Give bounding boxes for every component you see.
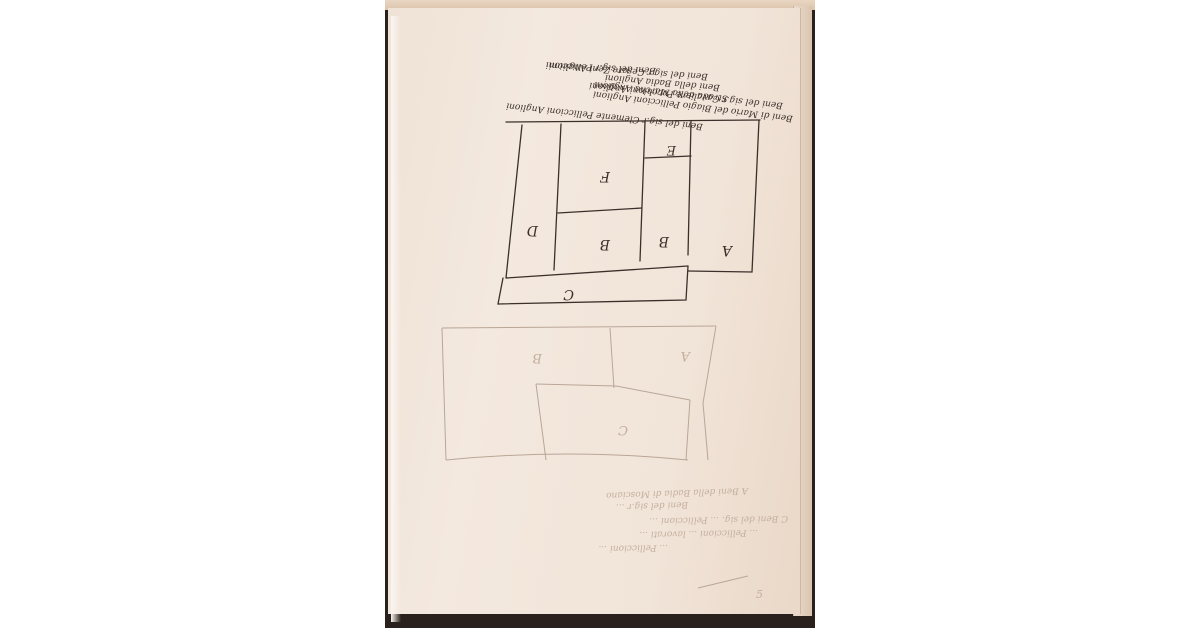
manuscript-page: Beni del sig.r Pelliccioni Beni del sig.…	[388, 8, 801, 614]
footer-line-1: A Beni della Badia di Mosciano	[605, 485, 749, 500]
plot-label-b2: B	[659, 233, 670, 249]
pencil-sketch: B A C	[442, 326, 716, 460]
plot-plan: F E D B B A C	[498, 120, 760, 304]
page-drawing: Beni del sig.r Pelliccioni Beni del sig.…	[388, 8, 800, 614]
plot-label-e: E	[666, 142, 677, 157]
manuscript-scan: Beni del sig.r Pelliccioni Beni del sig.…	[385, 0, 815, 628]
plot-label-b1: B	[600, 236, 611, 252]
sketch-label-b: B	[532, 350, 543, 365]
plot-label-c: C	[563, 286, 574, 302]
footer-notes: A Beni della Badia di Mosciano Beni del …	[598, 485, 788, 601]
sketch-label-c: C	[618, 422, 628, 437]
plot-label-f: F	[599, 168, 611, 184]
plot-label-a: A	[722, 242, 734, 258]
footer-line-3: C Beni del sig. ... Pelliccioni ...	[649, 513, 788, 525]
plot-label-d: D	[527, 222, 539, 238]
folio-number: 5	[756, 588, 763, 601]
footer-line-2: Beni del sig.r ...	[616, 499, 690, 512]
footer-line-5: ... Pelliccioni ...	[598, 542, 668, 553]
footer-line-4: ... Pelliccioni ... lavorati ...	[639, 527, 758, 539]
sketch-label-a: A	[681, 348, 691, 363]
